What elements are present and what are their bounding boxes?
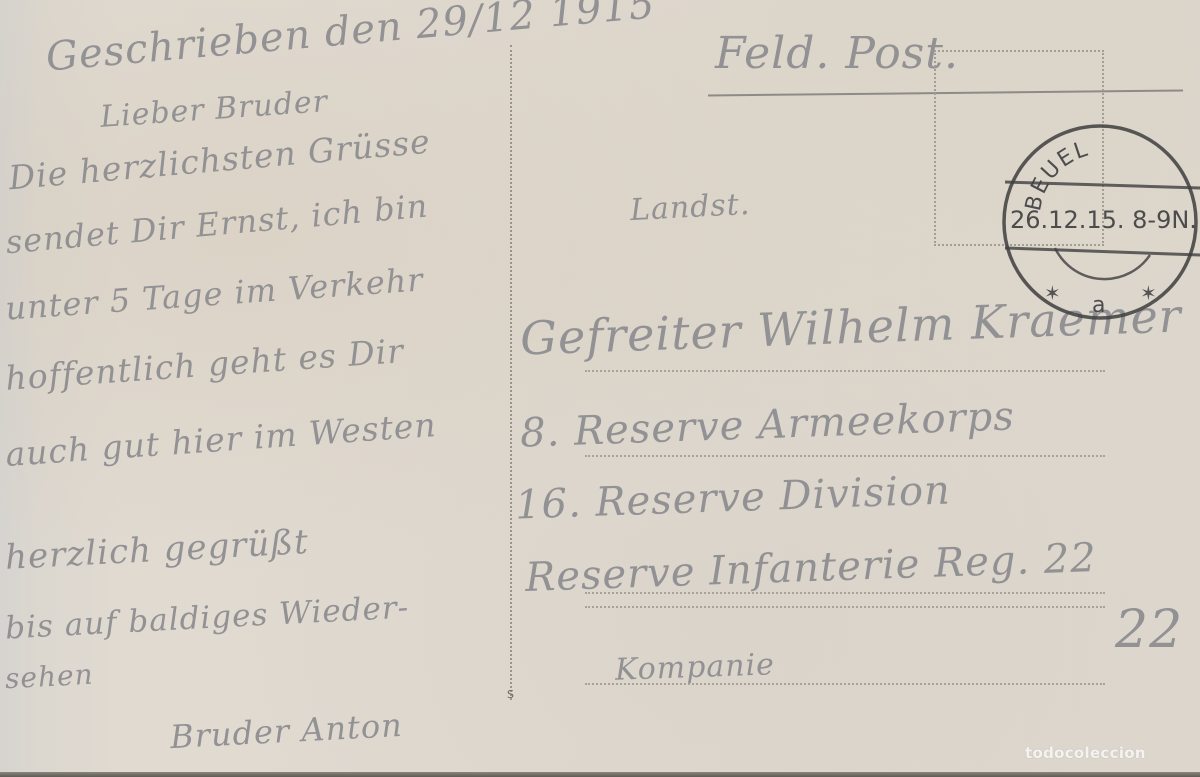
feldpost-header: Feld. Post. <box>715 28 959 79</box>
postmark-star-right-icon: ✶ <box>1140 281 1157 305</box>
postmark-letter: a <box>1092 293 1105 318</box>
regiment-number: 22 <box>1115 600 1183 660</box>
postmark-stamp: BEUEL 26.12.15. 8-9N. ✶ ✶ a <box>1000 120 1200 320</box>
postmark-date: 26.12.15. 8-9N. <box>1010 206 1197 234</box>
message-line: sendet Dir Ernst, ich bin <box>4 187 430 262</box>
bottom-edge <box>0 772 1200 777</box>
recipient-company: Kompanie <box>614 647 775 688</box>
message-line: hoffentlich geht es Dir <box>4 331 405 398</box>
postmark-town: BEUEL <box>1021 136 1092 213</box>
message-line: auch gut hier im Westen <box>4 405 438 474</box>
recipient-unit-corps: 8. Reserve Armeekorps <box>519 393 1015 456</box>
address-line-2 <box>585 455 1105 457</box>
message-line: sehen <box>4 658 94 696</box>
postcard-back: Geschrieben den 29/12 1915 Lieber Bruder… <box>0 0 1200 772</box>
address-line-5 <box>585 683 1105 685</box>
message-line: bis auf baldiges Wieder- <box>4 589 410 646</box>
recipient-unit-division: 16. Reserve Division <box>514 467 951 528</box>
address-line-4 <box>585 606 1105 608</box>
message-line: herzlich gegrüßt <box>4 522 310 578</box>
address-line-1 <box>585 370 1105 372</box>
recipient-rank-prefix: Landst. <box>629 187 751 228</box>
address-line-3 <box>585 592 1105 594</box>
message-signature: Bruder Anton <box>169 706 403 756</box>
message-line-salutation: Lieber Bruder <box>99 84 329 135</box>
center-divider <box>510 45 512 700</box>
watermark-logo: todocoleccion <box>1025 744 1146 762</box>
message-line: Die herzlichsten Grüsse <box>7 122 432 198</box>
postmark-star-left-icon: ✶ <box>1044 281 1061 305</box>
message-line-date: Geschrieben den 29/12 1915 <box>44 0 657 81</box>
printer-mark: S <box>507 688 514 701</box>
message-line: unter 5 Tage im Verkehr <box>4 260 425 327</box>
